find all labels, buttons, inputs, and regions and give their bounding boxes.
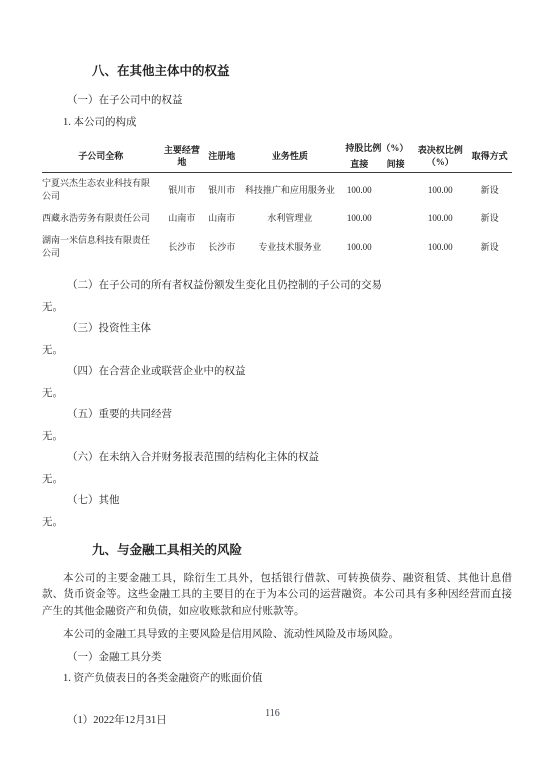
col-header-subsidiary-name: 子公司全称 — [42, 140, 160, 173]
cell-direct: 100.00 — [340, 173, 378, 209]
cell-indirect — [378, 173, 413, 209]
cell-reg-place: 山南市 — [204, 208, 239, 230]
section8-item5-heading: （五）重要的共同经营 — [67, 408, 512, 422]
table-row: 西藏永浩劳务有限责任公司 山南市 山南市 水利管理业 100.00 100.00… — [42, 208, 512, 230]
cell-method: 新设 — [467, 208, 512, 230]
section8-item4-heading: （四）在合营企业或联营企业中的权益 — [67, 365, 512, 379]
section8-item4-body: 无。 — [42, 387, 512, 401]
cell-main-place: 长沙市 — [160, 230, 205, 265]
cell-voting: 100.00 — [413, 208, 467, 230]
section8-item3-body: 无。 — [42, 344, 512, 358]
cell-reg-place: 长沙市 — [204, 230, 239, 265]
section9-item1-heading: 1. 资产负债表日的各类金融资产的账面价值 — [63, 672, 512, 686]
cell-method: 新设 — [467, 230, 512, 265]
col-header-reg-place: 注册地 — [204, 140, 239, 173]
cell-subsidiary-name: 湖南一米信息科技有限责任公司 — [42, 230, 160, 265]
section8-item3-heading: （三）投资性主体 — [67, 322, 512, 336]
section8-item1-heading: 1. 本公司的构成 — [63, 116, 512, 130]
section9-paragraph-2: 本公司的金融工具导致的主要风险是信用风险、流动性风险及市场风险。 — [42, 627, 512, 644]
page-number: 116 — [0, 708, 545, 719]
cell-main-place: 银川市 — [160, 173, 205, 209]
cell-indirect — [378, 230, 413, 265]
cell-voting: 100.00 — [413, 230, 467, 265]
section8-item6-heading: （六）在未纳入合并财务报表范围的结构化主体的权益 — [67, 451, 512, 465]
section8-item5-body: 无。 — [42, 430, 512, 444]
cell-subsidiary-name: 宁夏兴杰生态农业科技有限公司 — [42, 173, 160, 209]
cell-main-place: 山南市 — [160, 208, 205, 230]
col-header-business: 业务性质 — [239, 140, 340, 173]
cell-reg-place: 银川市 — [204, 173, 239, 209]
col-header-main-place: 主要经营地 — [160, 140, 205, 173]
document-page: 八、在其他主体中的权益 （一）在子公司中的权益 1. 本公司的构成 子公司全称 … — [0, 0, 545, 771]
section9-title: 九、与金融工具相关的风险 — [92, 543, 512, 558]
col-header-direct: 直接 — [340, 156, 378, 173]
section9-sub1-heading: （一）金融工具分类 — [67, 651, 512, 665]
cell-business: 科技推广和应用服务业 — [239, 173, 340, 209]
col-header-method: 取得方式 — [467, 140, 512, 173]
col-header-voting: 表决权比例（%） — [413, 140, 467, 173]
cell-direct: 100.00 — [340, 208, 378, 230]
cell-indirect — [378, 208, 413, 230]
section8-item2-heading: （二）在子公司的所有者权益份额发生变化且仍控制的子公司的交易 — [67, 279, 512, 293]
cell-business: 专业技术服务业 — [239, 230, 340, 265]
table-row: 宁夏兴杰生态农业科技有限公司 银川市 银川市 科技推广和应用服务业 100.00… — [42, 173, 512, 209]
subsidiaries-table: 子公司全称 主要经营地 注册地 业务性质 持股比例（%） 表决权比例（%） 取得… — [42, 140, 512, 265]
cell-direct: 100.00 — [340, 230, 378, 265]
cell-subsidiary-name: 西藏永浩劳务有限责任公司 — [42, 208, 160, 230]
section9-paragraph-1: 本公司的主要金融工具，除衍生工具外，包括银行借款、可转换债券、融资租赁、其他计息… — [42, 571, 512, 621]
section8-item6-body: 无。 — [42, 473, 512, 487]
section8-title: 八、在其他主体中的权益 — [92, 64, 512, 79]
cell-voting: 100.00 — [413, 173, 467, 209]
col-header-indirect: 间接 — [378, 156, 413, 173]
section8-item2-body: 无。 — [42, 301, 512, 315]
col-header-shareholding-group: 持股比例（%） — [340, 140, 413, 156]
table-row: 湖南一米信息科技有限责任公司 长沙市 长沙市 专业技术服务业 100.00 10… — [42, 230, 512, 265]
cell-business: 水利管理业 — [239, 208, 340, 230]
cell-method: 新设 — [467, 173, 512, 209]
section8-item7-body: 无。 — [42, 516, 512, 530]
section8-sub1-heading: （一）在子公司中的权益 — [67, 94, 512, 108]
section8-item7-heading: （七）其他 — [67, 494, 512, 508]
